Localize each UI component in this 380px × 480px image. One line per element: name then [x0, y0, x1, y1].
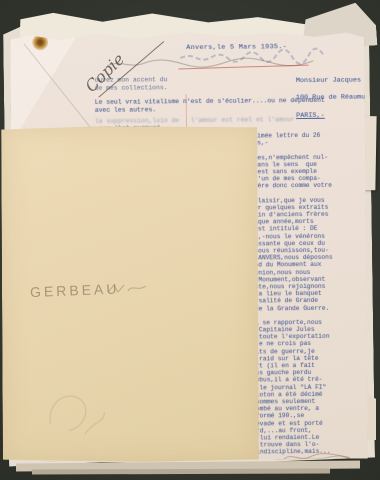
typed-right-column: estimée lettre du 26Mars,- illes,n'empêc… [246, 131, 365, 455]
typed-paragraph-line: avec les autres. [95, 106, 156, 114]
blank-overlay-sheet: GERBEAU [1, 125, 259, 462]
recipient-city: PARIS,- [296, 112, 325, 121]
paper-stack-bottom-edge [32, 468, 330, 474]
pencil-scribble [106, 280, 150, 298]
archival-document-scan: Anvers,le 5 Mars 1935.- Monsieur Jacques… [0, 0, 380, 480]
pencil-doodle [44, 384, 108, 440]
